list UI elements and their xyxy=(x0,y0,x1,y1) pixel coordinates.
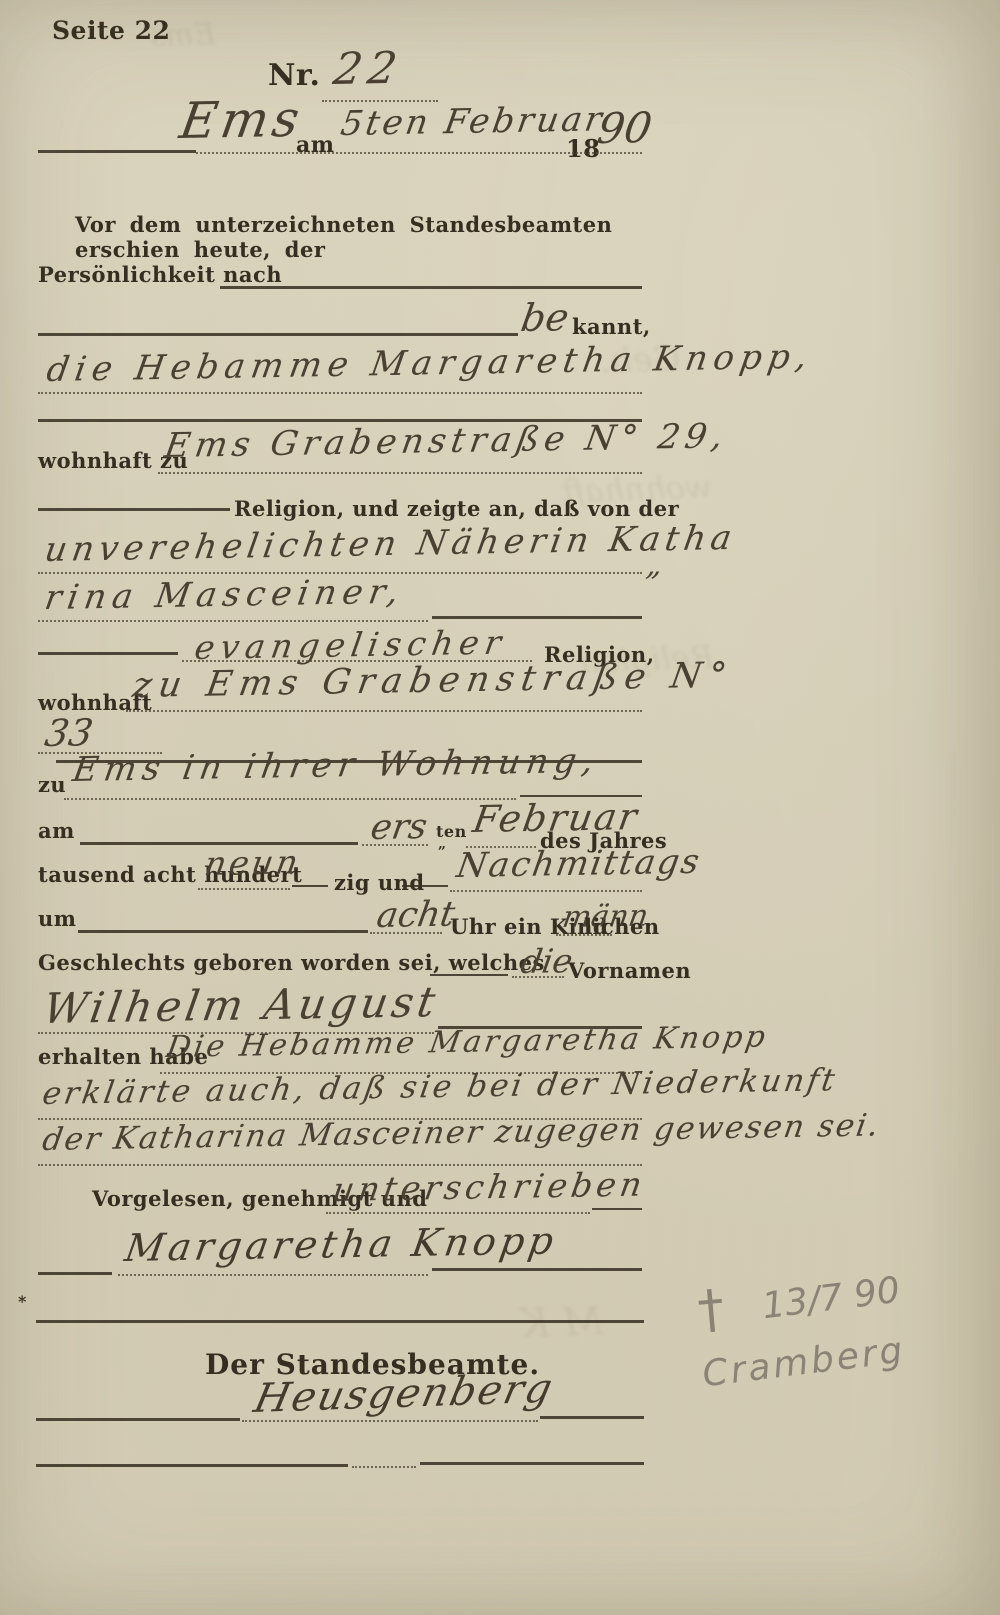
form-rule xyxy=(196,152,642,154)
declarant-signature: Margaretha Knopp xyxy=(122,1218,560,1270)
addendum3-entry: der Katharina Masceiner zugegen gewesen … xyxy=(40,1107,883,1158)
form-rule xyxy=(242,1420,538,1422)
form-rule xyxy=(38,620,428,622)
form-rule xyxy=(38,333,518,336)
pencil-date-note: 13/7 90 xyxy=(760,1270,902,1328)
bekannt-printed: kannt, xyxy=(572,314,651,339)
form-rule xyxy=(540,1416,644,1419)
year-written: 90 xyxy=(594,103,655,153)
form-rule xyxy=(118,1274,428,1276)
form-rule xyxy=(36,1418,240,1421)
place-entry: Ems xyxy=(176,90,307,150)
bleedthrough-mark: M K xyxy=(519,1299,604,1348)
form-rule xyxy=(38,652,178,655)
pencil-cross-mark: † xyxy=(695,1279,726,1341)
hour-entry: acht xyxy=(374,895,458,936)
zu-label: zu xyxy=(38,772,66,797)
um-label: um xyxy=(38,906,77,931)
form-rule xyxy=(430,974,508,976)
registrar-signature: Heusgenberg xyxy=(250,1366,558,1422)
document-page: Ems Geb. wohnhaft Religion M K Seite 22 … xyxy=(0,0,1000,1615)
form-rule xyxy=(38,1272,112,1275)
form-rule xyxy=(38,150,196,153)
ten-repeat-mark: „ xyxy=(438,836,447,852)
form-rule xyxy=(126,710,642,712)
form-rule xyxy=(402,885,448,887)
form-rule xyxy=(352,1466,416,1468)
intro-line-2: Persönlichkeit nach xyxy=(38,262,282,287)
mother-line1-entry: unverehelichten Näherin Katha xyxy=(42,518,739,570)
vornamen-label: Vornamen xyxy=(568,958,691,983)
form-rule xyxy=(38,392,642,394)
religion-clause: Religion, und zeigte an, daß von der xyxy=(234,496,679,521)
am-label: am xyxy=(296,132,335,158)
unterschrieben-entry: unterschrieben xyxy=(330,1165,649,1209)
address2-number-entry: 33 xyxy=(42,711,96,755)
mother-line2-entry: rina Masceiner, xyxy=(42,572,407,618)
form-rule xyxy=(362,844,428,846)
form-rule xyxy=(36,1320,644,1323)
form-rule xyxy=(38,508,230,511)
form-rule xyxy=(64,798,516,800)
intro-line-1: Vor dem unterzeichneten Standesbeamten e… xyxy=(75,212,642,262)
zig-und-label: zig und xyxy=(334,870,425,895)
record-number-label: Nr. xyxy=(268,58,320,93)
child-name-entry: Wilhelm August xyxy=(40,977,442,1033)
form-rule xyxy=(512,976,564,978)
year-words-entry: neun xyxy=(202,842,304,883)
pencil-name-note: Cramberg xyxy=(700,1330,907,1396)
form-rule xyxy=(158,472,642,474)
form-rule xyxy=(592,1208,642,1210)
form-rule xyxy=(420,1462,644,1465)
daytime-entry: Nachmittags xyxy=(454,842,704,886)
form-rule xyxy=(36,1464,348,1467)
geschlechts-line: Geschlechts geboren worden sei, welches xyxy=(38,950,545,975)
page-label: Seite 22 xyxy=(52,16,170,45)
form-rule xyxy=(432,616,642,619)
form-rule xyxy=(450,890,642,892)
margin-mark: * xyxy=(18,1292,27,1311)
am2-label: am xyxy=(38,818,75,843)
birthplace-entry: Ems in ihrer Wohnung, xyxy=(70,741,602,790)
lichen-label: lichen xyxy=(584,914,660,939)
addendum2-entry: erklärte auch, daß sie bei der Niederkun… xyxy=(40,1062,840,1112)
record-number-value: 22 xyxy=(330,43,406,95)
form-rule xyxy=(432,1268,642,1271)
birth-day-entry: ers xyxy=(368,807,430,848)
form-rule xyxy=(220,286,642,289)
bekannt-entry: be xyxy=(518,295,572,340)
form-rule xyxy=(78,930,368,933)
address1-entry: Ems Grabenstraße N° 29, xyxy=(162,416,731,466)
form-rule xyxy=(370,932,442,934)
form-rule xyxy=(326,1212,590,1214)
declarant-entry: die Hebamme Margaretha Knopp, xyxy=(44,337,816,390)
form-rule xyxy=(198,888,290,890)
form-rule xyxy=(292,885,328,887)
